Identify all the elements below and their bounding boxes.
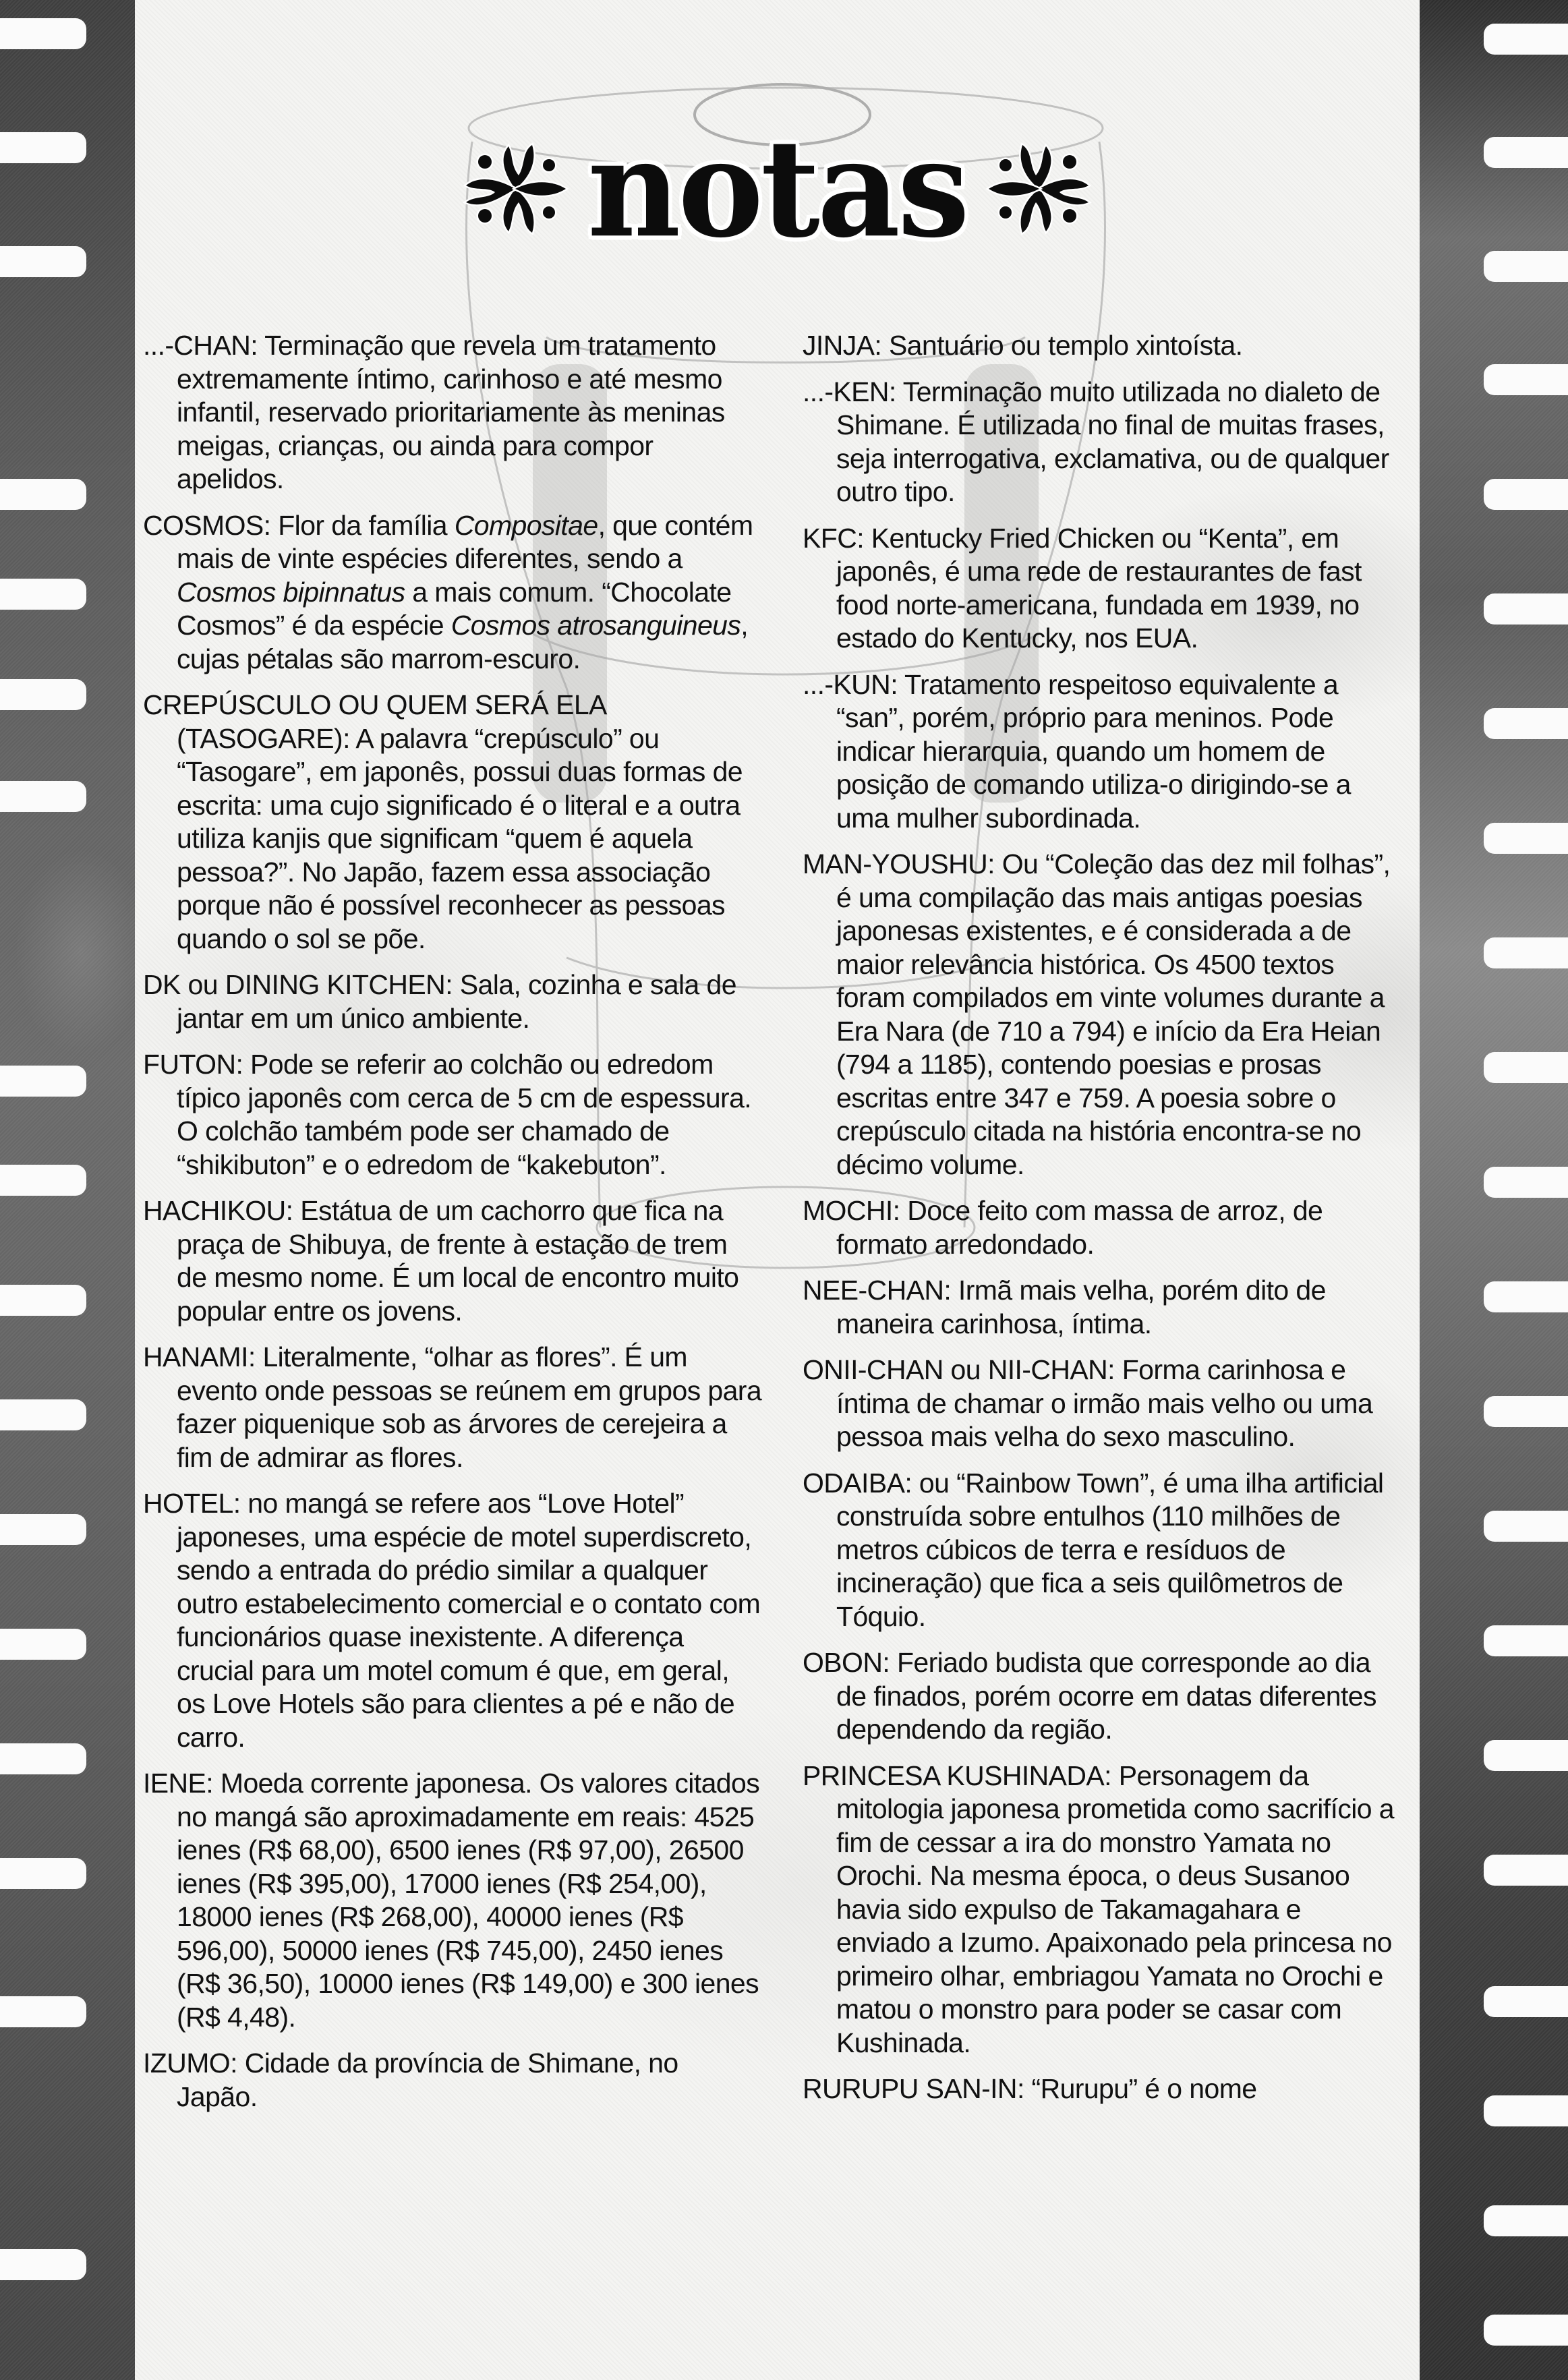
glossary-entry-obon: OBON: Feriado budista que corresponde ao… bbox=[803, 1646, 1396, 1747]
glossary-term: OBON: bbox=[803, 1647, 890, 1678]
glossary-entry-futon: FUTON: Pode se referir ao colchão ou edr… bbox=[143, 1048, 763, 1182]
film-perforation bbox=[1484, 708, 1568, 739]
glossary-term: COSMOS: bbox=[143, 510, 270, 541]
film-perforation bbox=[0, 1066, 86, 1097]
definition-italic-text: Cosmos atrosanguineus bbox=[451, 610, 741, 641]
glossary-term: PRINCESA KUSHINADA: bbox=[803, 1760, 1111, 1791]
film-perforation bbox=[1484, 593, 1568, 625]
glossary-entry-chan: ...-CHAN: Terminação que revela um trata… bbox=[143, 329, 763, 496]
film-perforation bbox=[1484, 1625, 1568, 1656]
glossary-entry-nee-chan: NEE-CHAN: Irmã mais velha, porém dito de… bbox=[803, 1274, 1396, 1341]
film-perforation bbox=[1484, 1855, 1568, 1886]
glossary-entry-hanami: HANAMI: Literalmente, “olhar as flores”.… bbox=[143, 1341, 763, 1474]
film-perforation bbox=[1484, 1167, 1568, 1198]
glossary-entry-ken: ...-KEN: Terminação muito utilizada no d… bbox=[803, 376, 1396, 509]
glossary-entry-cosmos: COSMOS: Flor da família Compositae, que … bbox=[143, 509, 763, 676]
film-perforation bbox=[0, 18, 86, 49]
film-perforation bbox=[1484, 364, 1568, 395]
glossary-definition: no mangá se refere aos “Love Hotel” japo… bbox=[177, 1488, 760, 1753]
glossary-entry-mochi: MOCHI: Doce feito com massa de arroz, de… bbox=[803, 1194, 1396, 1261]
fleur-de-lis-ornament-icon bbox=[982, 138, 1097, 239]
glossary-entry-iene: IENE: Moeda corrente japonesa. Os valore… bbox=[143, 1767, 763, 2034]
glossary-entry-dk: DK ou DINING KITCHEN: Sala, cozinha e sa… bbox=[143, 968, 763, 1035]
glossary-term: FUTON: bbox=[143, 1049, 243, 1080]
page-title: notas bbox=[587, 121, 967, 256]
glossary-term: IENE: bbox=[143, 1768, 213, 1799]
glossary-term: HACHIKOU: bbox=[143, 1195, 293, 1226]
film-perforation bbox=[0, 246, 86, 277]
glossary-entry-hotel: HOTEL: no mangá se refere aos “Love Hote… bbox=[143, 1487, 763, 1754]
film-perforation bbox=[0, 1514, 86, 1545]
glossary-definition: Kentucky Fried Chicken ou “Kenta”, em ja… bbox=[836, 523, 1362, 654]
definition-text: Flor da família bbox=[278, 510, 455, 541]
glossary-term: ...-KEN: bbox=[803, 376, 896, 407]
glossary-entry-crepusculo: CREPÚSCULO OU QUEM SERÁ ELA (TASOGARE): … bbox=[143, 689, 763, 956]
film-perforation bbox=[1484, 2095, 1568, 2126]
glossary-definition: Santuário ou templo xintoísta. bbox=[889, 330, 1242, 361]
glossary-term: RURUPU SAN-IN: bbox=[803, 2073, 1024, 2104]
film-perforation bbox=[1484, 137, 1568, 168]
glossary-definition: Personagem da mitologia japonesa prometi… bbox=[836, 1760, 1394, 2058]
definition-italic-text: Compositae bbox=[455, 510, 598, 541]
glossary-entry-izumo: IZUMO: Cidade da província de Shimane, n… bbox=[143, 2047, 763, 2114]
film-strip-left bbox=[0, 0, 135, 2380]
film-perforation bbox=[0, 579, 86, 610]
film-perforation bbox=[1484, 1052, 1568, 1083]
glossary-definition: ou “Rainbow Town”, é uma ilha artificial… bbox=[836, 1468, 1383, 1632]
film-perforation bbox=[1484, 937, 1568, 968]
glossary-definition: Feriado budista que corresponde ao dia d… bbox=[836, 1647, 1376, 1745]
glossary-definition: Cidade da província de Shimane, no Japão… bbox=[177, 2048, 678, 2112]
glossary-term: HANAMI: bbox=[143, 1341, 256, 1372]
film-perforation bbox=[0, 1285, 86, 1316]
film-perforation bbox=[0, 1996, 86, 2027]
fleur-de-lis-ornament-icon bbox=[458, 138, 573, 239]
glossary-definition: A palavra “crepúsculo” ou “Tasogare”, em… bbox=[177, 723, 743, 954]
glossary-term: ...-KUN: bbox=[803, 669, 898, 700]
film-perforation bbox=[1484, 24, 1568, 55]
film-perforation bbox=[1484, 1396, 1568, 1427]
film-perforation bbox=[1484, 251, 1568, 282]
film-perforation bbox=[0, 1165, 86, 1196]
glossary-entry-rurupu-san-in: RURUPU SAN-IN: “Rurupu” é o nome bbox=[803, 2072, 1396, 2106]
film-perforation bbox=[1484, 2315, 1568, 2346]
glossary-definition: Ou “Coleção das dez mil folhas”, é uma c… bbox=[836, 848, 1390, 1180]
glossary-term: MAN-YOUSHU: bbox=[803, 848, 995, 879]
glossary-entry-odaiba: ODAIBA: ou “Rainbow Town”, é uma ilha ar… bbox=[803, 1467, 1396, 1634]
glossary-column-right: JINJA: Santuário ou templo xintoísta. ..… bbox=[803, 329, 1396, 2119]
glossary-term: ONII-CHAN ou NII-CHAN: bbox=[803, 1354, 1115, 1385]
film-perforation bbox=[0, 1858, 86, 1889]
film-perforation bbox=[1484, 1986, 1568, 2017]
glossary-term: ...-CHAN: bbox=[143, 330, 258, 361]
glossary-entry-man-youshu: MAN-YOUSHU: Ou “Coleção das dez mil folh… bbox=[803, 848, 1396, 1182]
glossary-definition: Literalmente, “olhar as flores”. É um ev… bbox=[177, 1341, 761, 1473]
film-perforation bbox=[0, 132, 86, 163]
film-perforation bbox=[1484, 823, 1568, 854]
glossary-term: ODAIBA: bbox=[803, 1468, 912, 1499]
film-perforation bbox=[0, 1629, 86, 1660]
film-perforation bbox=[1484, 1740, 1568, 1771]
glossary-entry-jinja: JINJA: Santuário ou templo xintoísta. bbox=[803, 329, 1396, 363]
glossary-definition: Terminação muito utilizada no dialeto de… bbox=[836, 376, 1389, 508]
film-perforation bbox=[1484, 1511, 1568, 1542]
film-perforation bbox=[1484, 1281, 1568, 1312]
film-perforation bbox=[0, 479, 86, 510]
glossary-entry-hachikou: HACHIKOU: Estátua de um cachorro que fic… bbox=[143, 1194, 763, 1328]
glossary-term: DK ou DINING KITCHEN: bbox=[143, 969, 453, 1000]
page-header: notas bbox=[135, 125, 1420, 253]
glossary-definition: Pode se referir ao colchão ou edredom tí… bbox=[177, 1049, 751, 1180]
film-perforation bbox=[0, 1399, 86, 1430]
glossary-term: IZUMO: bbox=[143, 2048, 237, 2079]
glossary-entry-onii-chan: ONII-CHAN ou NII-CHAN: Forma carinhosa e… bbox=[803, 1354, 1396, 1454]
glossary-entry-kfc: KFC: Kentucky Fried Chicken ou “Kenta”, … bbox=[803, 522, 1396, 656]
film-perforation bbox=[0, 781, 86, 812]
film-perforation bbox=[1484, 2205, 1568, 2236]
glossary-definition: Terminação que revela um tratamento extr… bbox=[177, 330, 725, 494]
glossary-term: MOCHI: bbox=[803, 1195, 900, 1226]
glossary-definition: Tratamento respeitoso equivalente a “san… bbox=[836, 669, 1351, 834]
glossary-entry-princesa-kushinada: PRINCESA KUSHINADA: Personagem da mitolo… bbox=[803, 1760, 1396, 2060]
glossary-term: HOTEL: bbox=[143, 1488, 241, 1519]
film-perforation bbox=[1484, 479, 1568, 510]
definition-italic-text: Cosmos bipinnatus bbox=[177, 577, 405, 608]
glossary-definition: Moeda corrente japonesa. Os valores cita… bbox=[177, 1768, 759, 2033]
glossary-definition: “Rurupu” é o nome bbox=[1032, 2073, 1257, 2104]
glossary-column-left: ...-CHAN: Terminação que revela um trata… bbox=[143, 329, 763, 2126]
glossary-term: JINJA: bbox=[803, 330, 881, 361]
film-strip-right bbox=[1420, 0, 1568, 2380]
film-perforation bbox=[0, 1743, 86, 1774]
glossary-term: KFC: bbox=[803, 523, 864, 554]
film-perforation bbox=[0, 679, 86, 710]
glossary-entry-kun: ...-KUN: Tratamento respeitoso equivalen… bbox=[803, 668, 1396, 836]
glossary-term: NEE-CHAN: bbox=[803, 1275, 951, 1306]
film-perforation bbox=[0, 2249, 86, 2280]
glossary-definition: Doce feito com massa de arroz, de format… bbox=[836, 1195, 1323, 1260]
